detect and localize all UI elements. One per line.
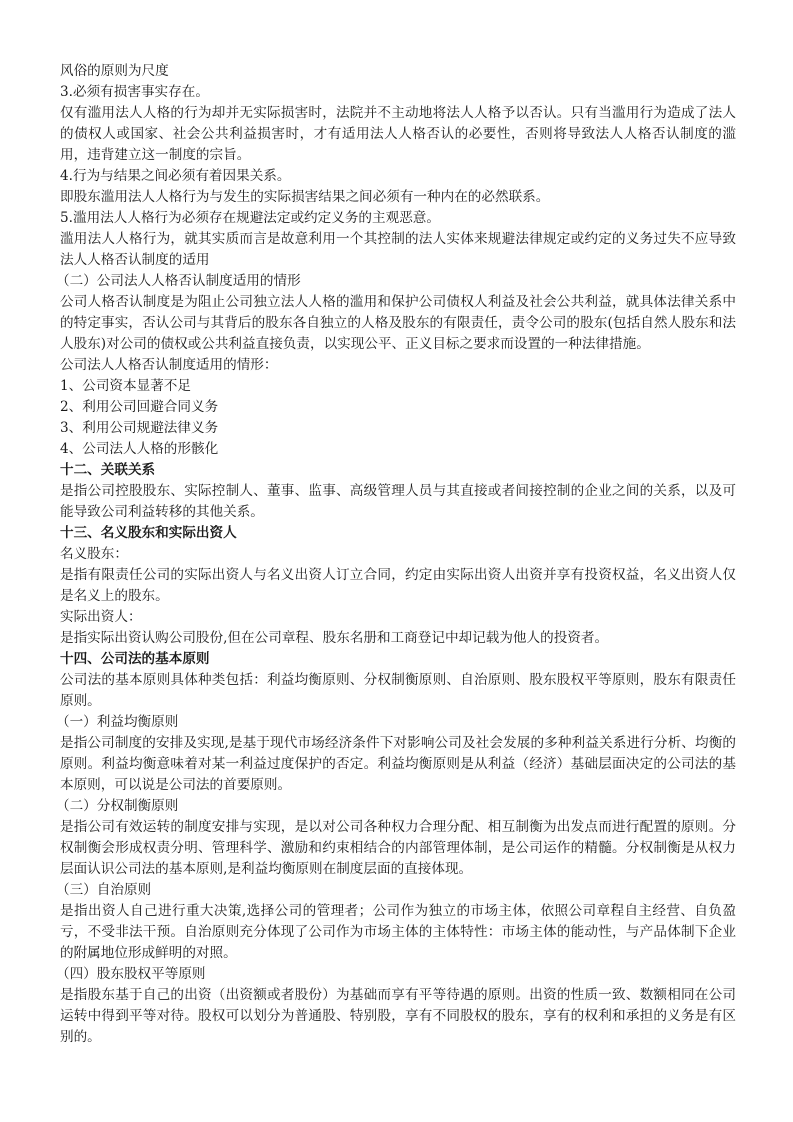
text-paragraph: 是指实际出资认购公司股份,但在公司章程、股东名册和工商登记中却记载为他人的投资者…	[60, 628, 736, 649]
subheading: （二）公司法人人格否认制度适用的情形	[56, 271, 736, 292]
list-item-4: 4.行为与结果之间必须有着因果关系。	[60, 166, 736, 187]
text-label: 名义股东：	[60, 544, 736, 565]
text-paragraph: 是指公司制度的安排及实现,是基于现代市场经济条件下对影响公司及社会发展的多种利益…	[60, 733, 736, 796]
list-item: 4、公司法人人格的形骸化	[60, 439, 736, 460]
list-item-3: 3.必须有损害事实存在。	[60, 82, 736, 103]
subheading: （四）股东股权平等原则	[56, 964, 736, 985]
list-item: 1、公司资本显著不足	[60, 376, 736, 397]
list-item: 3、利用公司规避法律义务	[60, 418, 736, 439]
text-paragraph: 公司法人人格否认制度适用的情形：	[60, 355, 736, 376]
list-item-5: 5.滥用法人人格行为必须存在规避法定或约定义务的主观恶意。	[60, 208, 736, 229]
text-paragraph: 是指公司有效运转的制度安排与实现，是以对公司各种权力合理分配、相互制衡为出发点而…	[60, 817, 736, 880]
text-paragraph: 滥用法人人格行为，就其实质而言是故意利用一个其控制的法人实体来规避法律规定或约定…	[60, 229, 736, 271]
subheading: （二）分权制衡原则	[56, 796, 736, 817]
text-paragraph: 是指出资人自己进行重大决策,选择公司的管理者；公司作为独立的市场主体，依照公司章…	[60, 901, 736, 964]
text-paragraph: 仅有滥用法人人格的行为却并无实际损害时，法院并不主动地将法人人格予以否认。只有当…	[60, 103, 736, 166]
subheading: （三）自治原则	[56, 880, 736, 901]
text-paragraph: 风俗的原则为尺度	[60, 61, 736, 82]
list-item: 2、利用公司回避合同义务	[60, 397, 736, 418]
section-heading-related-party: 十二、关联关系	[60, 460, 736, 481]
text-label: 实际出资人：	[60, 607, 736, 628]
section-heading-nominal-shareholder: 十三、名义股东和实际出资人	[60, 523, 736, 544]
subheading: （一）利益均衡原则	[56, 712, 736, 733]
text-paragraph: 是指有限责任公司的实际出资人与名义出资人订立合同，约定由实际出资人出资并享有投资…	[60, 565, 736, 607]
text-paragraph: 是指公司控股股东、实际控制人、董事、监事、高级管理人员与其直接或者间接控制的企业…	[60, 481, 736, 523]
section-heading-basic-principles: 十四、公司法的基本原则	[60, 649, 736, 670]
text-paragraph: 公司人格否认制度是为阻止公司独立法人人格的滥用和保护公司债权人利益及社会公共利益…	[60, 292, 736, 355]
document-page: 风俗的原则为尺度 3.必须有损害事实存在。 仅有滥用法人人格的行为却并无实际损害…	[60, 61, 736, 1048]
text-paragraph: 是指股东基于自己的出资（出资额或者股份）为基础而享有平等待遇的原则。出资的性质一…	[60, 985, 736, 1048]
text-paragraph: 公司法的基本原则具体种类包括：利益均衡原则、分权制衡原则、自治原则、股东股权平等…	[60, 670, 736, 712]
text-paragraph: 即股东滥用法人人格行为与发生的实际损害结果之间必须有一种内在的必然联系。	[60, 187, 736, 208]
